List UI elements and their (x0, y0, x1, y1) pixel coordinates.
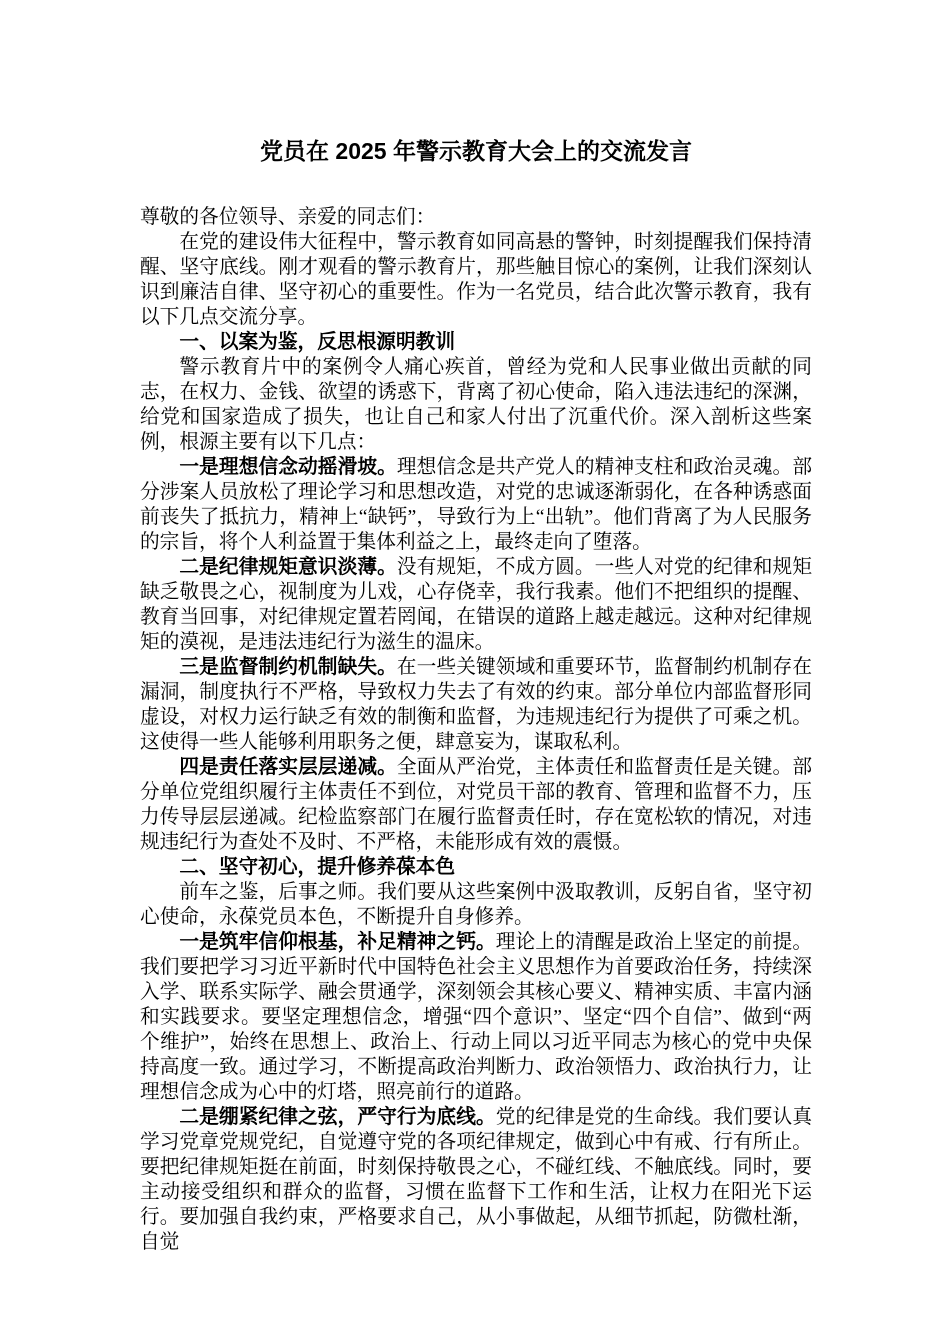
point-paragraph-2: 二是纪律规矩意识淡薄。没有规矩，不成方圆。一些人对党的纪律和规矩缺乏敬畏之心，视… (140, 555, 812, 655)
document-page: 党员在 2025 年警示教育大会上的交流发言 尊敬的各位领导、亲爱的同志们： 在… (0, 0, 950, 1344)
point-paragraph-4: 四是责任落实层层递减。全面从严治党，主体责任和监督责任是关键。部分单位党组织履行… (140, 755, 812, 855)
point-lead-2: 二是纪律规矩意识淡薄。 (179, 556, 397, 578)
point-lead-4: 四是责任落实层层递减。 (179, 756, 397, 778)
point-lead-6: 二是绷紧纪律之弦，严守行为底线。 (179, 1106, 495, 1128)
point-paragraph-5: 一是筑牢信仰根基，补足精神之钙。理论上的清醒是政治上坚定的前提。我们要把学习习近… (140, 930, 812, 1105)
point-paragraph-6: 二是绷紧纪律之弦，严守行为底线。党的纪律是党的生命线。我们要认真学习党章党规党纪… (140, 1105, 812, 1255)
point-lead-1: 一是理想信念动摇滑坡。 (179, 456, 397, 478)
section-heading-1: 一、以案为鉴，反思根源明教训 (140, 330, 812, 355)
point-text-5: 理论上的清醒是政治上坚定的前提。我们要把学习习近平新时代中国特色社会主义思想作为… (140, 931, 812, 1103)
point-paragraph-1: 一是理想信念动摇滑坡。理想信念是共产党人的精神支柱和政治灵魂。部分涉案人员放松了… (140, 455, 812, 555)
intro-paragraph: 在党的建设伟大征程中，警示教育如同高悬的警钟，时刻提醒我们保持清醒、坚守底线。刚… (140, 230, 812, 330)
salutation-line: 尊敬的各位领导、亲爱的同志们： (140, 205, 812, 230)
point-text-6: 党的纪律是党的生命线。我们要认真学习党章党规党纪，自觉遵守党的各项纪律规定，做到… (140, 1106, 812, 1253)
section2-intro-paragraph: 前车之鉴，后事之师。我们要从这些案例中汲取教训，反躬自省，坚守初心使命，永葆党员… (140, 880, 812, 930)
section1-intro-paragraph: 警示教育片中的案例令人痛心疾首，曾经为党和人民事业做出贡献的同志，在权力、金钱、… (140, 355, 812, 455)
section-heading-2: 二、坚守初心，提升修养葆本色 (140, 855, 812, 880)
point-paragraph-3: 三是监督制约机制缺失。在一些关键领域和重要环节，监督制约机制存在漏洞，制度执行不… (140, 655, 812, 755)
document-title: 党员在 2025 年警示教育大会上的交流发言 (140, 133, 812, 169)
point-lead-3: 三是监督制约机制缺失。 (179, 656, 397, 678)
point-lead-5: 一是筑牢信仰根基，补足精神之钙。 (179, 931, 495, 953)
